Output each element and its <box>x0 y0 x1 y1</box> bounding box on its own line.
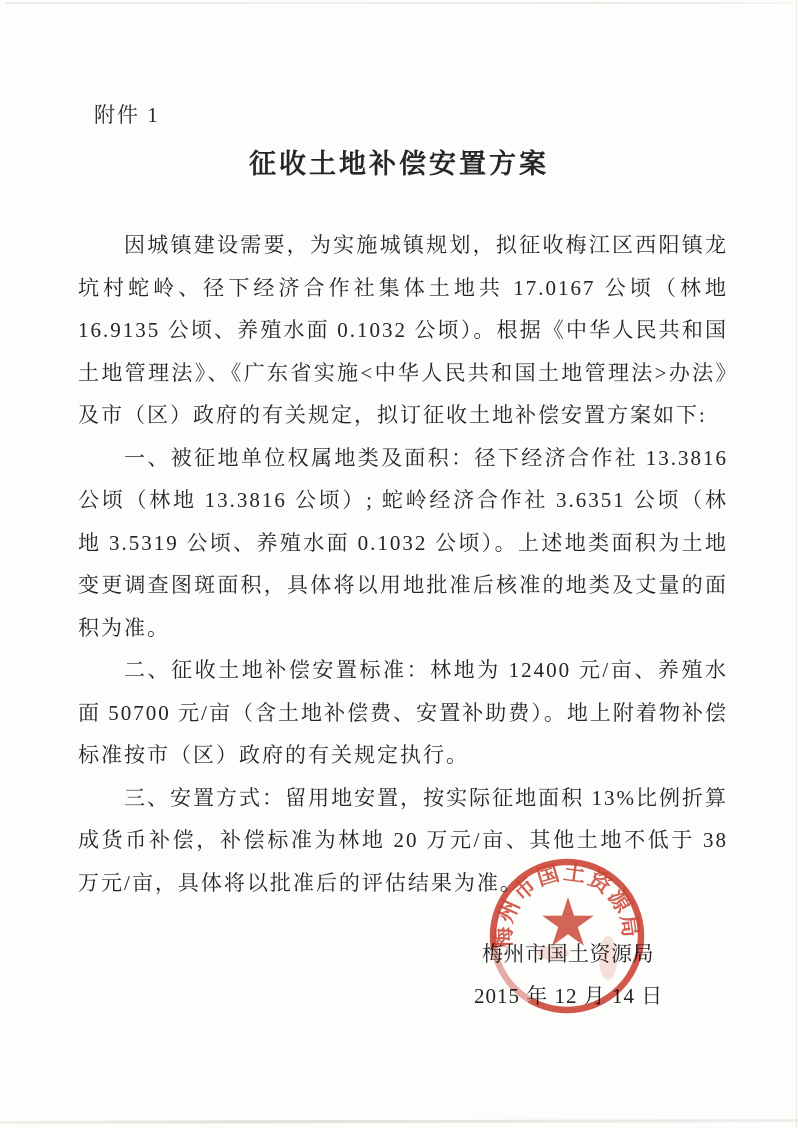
document-title: 征收土地补偿安置方案 <box>0 142 798 181</box>
paragraph-item-2: 二、征收土地补偿安置标准：林地为 12400 元/亩、养殖水面 50700 元/… <box>78 649 728 777</box>
paragraph-item-3: 三、安置方式：留用地安置，按实际征地面积 13%比例折算成货币补偿，补偿标准为林… <box>78 777 728 905</box>
signature-agency: 梅州市国土资源局 <box>482 938 654 968</box>
signature-date: 2015 年 12 月 14 日 <box>474 980 663 1010</box>
document-body: 因城镇建设需要，为实施城镇规划，拟征收梅江区西阳镇龙坑村蛇岭、径下经济合作社集体… <box>78 224 728 904</box>
attachment-label: 附件 1 <box>94 99 160 129</box>
scan-edge-bottom <box>0 1119 798 1124</box>
scan-edge-top <box>6 2 792 4</box>
paragraph-intro: 因城镇建设需要，为实施城镇规划，拟征收梅江区西阳镇龙坑村蛇岭、径下经济合作社集体… <box>78 224 728 437</box>
paragraph-item-1: 一、被征地单位权属地类及面积：径下经济合作社 13.3816 公顷（林地 13.… <box>78 437 728 650</box>
scanned-document-page: 附件 1 征收土地补偿安置方案 因城镇建设需要，为实施城镇规划，拟征收梅江区西阳… <box>0 0 798 1128</box>
